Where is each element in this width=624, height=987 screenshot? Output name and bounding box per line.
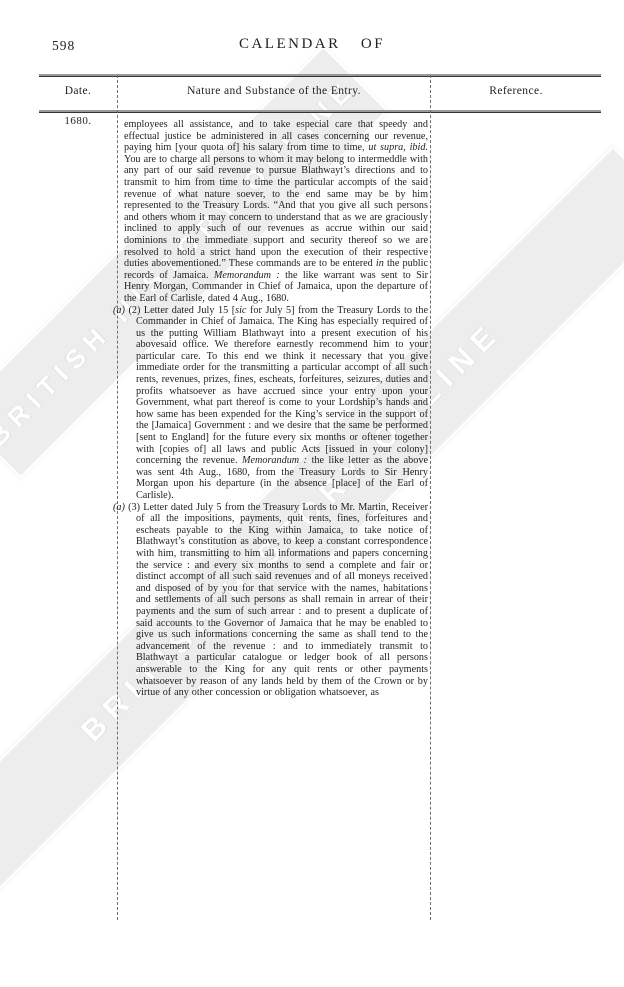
- page-content: 598 CALENDAR OF Date. Nature and Substan…: [0, 0, 624, 987]
- entry-paragraph: employees all assistance, and to take es…: [124, 119, 428, 305]
- column-header-entry: Nature and Substance of the Entry.: [118, 85, 430, 97]
- column-divider-date-entry: [117, 75, 118, 920]
- entry-paragraphs: employees all assistance, and to take es…: [124, 119, 428, 699]
- date-cell: 1680.: [39, 115, 117, 127]
- entry-paragraph: (a) (3) Letter dated July 5 from the Tre…: [136, 502, 428, 699]
- column-divider-entry-reference: [430, 75, 431, 920]
- entry-paragraph: (a) (2) Letter dated July 15 [sic for Ju…: [136, 305, 428, 502]
- table-header-rule: [39, 110, 601, 113]
- column-header-reference: Reference.: [431, 85, 601, 97]
- scanned-document-page: BRITISH HISTORY ONLINE BRITISH HISTORY O…: [0, 0, 624, 987]
- column-header-date: Date.: [39, 85, 117, 97]
- table-top-rule: [39, 74, 601, 77]
- running-title: CALENDAR OF: [0, 36, 624, 53]
